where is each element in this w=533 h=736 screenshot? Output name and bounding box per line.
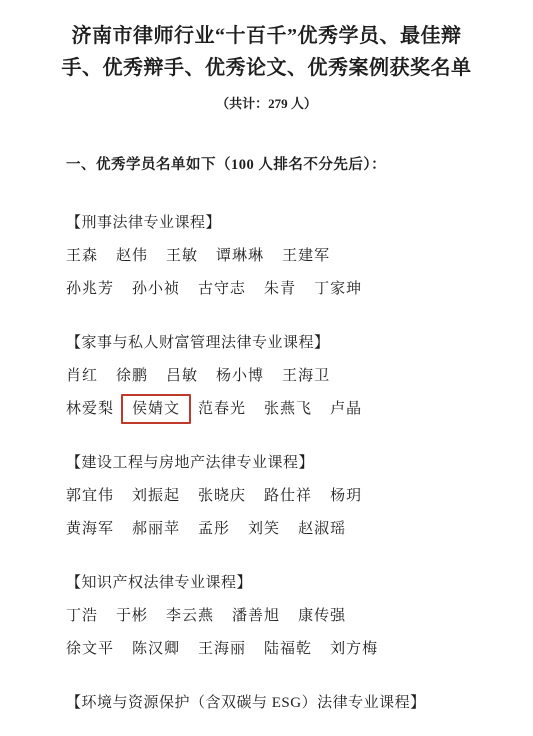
category-section: 【环境与资源保护（含双碳与 ESG）法律专业课程】: [66, 693, 467, 713]
name-item: 杨玥: [330, 486, 362, 506]
name-item: 张晓庆: [198, 486, 246, 506]
name-item: 王海卫: [282, 366, 330, 386]
name-item: 范春光: [198, 399, 246, 419]
name-item: 孟彤: [198, 519, 230, 539]
name-item: 林爱梨: [66, 399, 114, 419]
name-row: 王森赵伟王敏谭琳琳王建军: [66, 246, 467, 266]
name-item: 陆福乾: [264, 639, 312, 659]
name-item: 古守志: [198, 279, 246, 299]
category-section: 【家事与私人财富管理法律专业课程】肖红徐鹏吕敏杨小博王海卫林爱梨侯婧文范春光张燕…: [66, 333, 467, 419]
name-item: 徐文平: [66, 639, 114, 659]
category-header: 【建设工程与房地产法律专业课程】: [66, 453, 467, 473]
category-section: 【知识产权法律专业课程】丁浩于彬李云燕潘善旭康传强徐文平陈汉卿王海丽陆福乾刘方梅: [66, 573, 467, 659]
name-item: 孙兆芳: [66, 279, 114, 299]
name-item: 朱青: [264, 279, 296, 299]
name-item: 路仕祥: [264, 486, 312, 506]
category-section: 【建设工程与房地产法律专业课程】郭宜伟刘振起张晓庆路仕祥杨玥黄海军郝丽苹孟彤刘笑…: [66, 453, 467, 539]
name-item: 赵淑瑶: [298, 519, 346, 539]
name-item: 卢晶: [330, 399, 362, 419]
name-row: 徐文平陈汉卿王海丽陆福乾刘方梅: [66, 639, 467, 659]
name-item: 刘笑: [248, 519, 280, 539]
name-item: 黄海军: [66, 519, 114, 539]
name-item: 刘振起: [132, 486, 180, 506]
category-sections: 【刑事法律专业课程】王森赵伟王敏谭琳琳王建军孙兆芳孙小祯古守志朱青丁家珅【家事与…: [66, 213, 467, 713]
name-item: 王森: [66, 246, 98, 266]
name-item: 丁浩: [66, 606, 98, 626]
highlighted-name: 侯婧文: [121, 394, 191, 424]
name-row: 黄海军郝丽苹孟彤刘笑赵淑瑶: [66, 519, 467, 539]
document-page: 济南市律师行业“十百千”优秀学员、最佳辩手、优秀辩手、优秀论文、优秀案例获奖名单…: [0, 0, 533, 736]
name-item: 李云燕: [166, 606, 214, 626]
name-item: 吕敏: [166, 366, 198, 386]
category-header: 【环境与资源保护（含双碳与 ESG）法律专业课程】: [66, 693, 467, 713]
name-item: 王海丽: [198, 639, 246, 659]
name-item: 肖红: [66, 366, 98, 386]
name-item: 郭宜伟: [66, 486, 114, 506]
name-item: 王敏: [166, 246, 198, 266]
name-item: 潘善旭: [232, 606, 280, 626]
document-title: 济南市律师行业“十百千”优秀学员、最佳辩手、优秀辩手、优秀论文、优秀案例获奖名单: [52, 20, 481, 84]
name-item: 陈汉卿: [132, 639, 180, 659]
name-row: 肖红徐鹏吕敏杨小博王海卫: [66, 366, 467, 386]
total-count: （共计：279 人）: [66, 95, 467, 112]
category-header: 【刑事法律专业课程】: [66, 213, 467, 233]
name-item: 杨小博: [216, 366, 264, 386]
name-item: 张燕飞: [264, 399, 312, 419]
name-item: 刘方梅: [330, 639, 378, 659]
name-row: 丁浩于彬李云燕潘善旭康传强: [66, 606, 467, 626]
category-section: 【刑事法律专业课程】王森赵伟王敏谭琳琳王建军孙兆芳孙小祯古守志朱青丁家珅: [66, 213, 467, 299]
name-item: 郝丽苹: [132, 519, 180, 539]
category-header: 【家事与私人财富管理法律专业课程】: [66, 333, 467, 353]
name-item: 谭琳琳: [216, 246, 264, 266]
name-item: 于彬: [116, 606, 148, 626]
name-row: 郭宜伟刘振起张晓庆路仕祥杨玥: [66, 486, 467, 506]
name-row: 孙兆芳孙小祯古守志朱青丁家珅: [66, 279, 467, 299]
name-item: 徐鹏: [116, 366, 148, 386]
name-item: 王建军: [282, 246, 330, 266]
list-heading: 一、优秀学员名单如下（100 人排名不分先后）：: [66, 155, 467, 175]
name-item: 丁家珅: [314, 279, 362, 299]
name-item: 孙小祯: [132, 279, 180, 299]
name-item: 赵伟: [116, 246, 148, 266]
name-row: 林爱梨侯婧文范春光张燕飞卢晶: [66, 399, 467, 419]
name-item: 康传强: [298, 606, 346, 626]
category-header: 【知识产权法律专业课程】: [66, 573, 467, 593]
